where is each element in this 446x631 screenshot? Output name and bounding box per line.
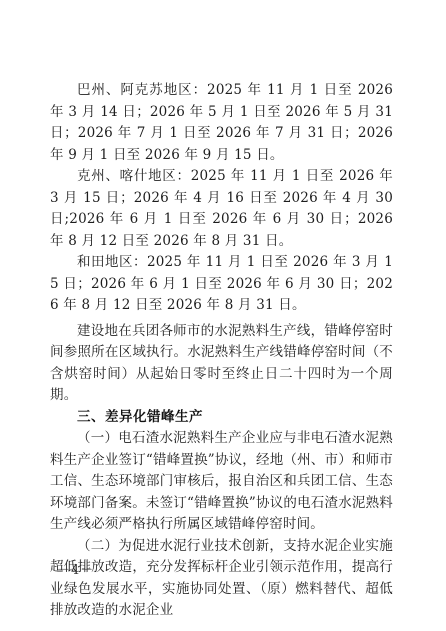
paragraph-bingtuan-note: 建设地在兵团各师市的水泥熟料生产线，错峰停窑时间参照所在区域执行。水泥熟料生产线…: [50, 321, 393, 407]
paragraph-schedule-kezhou-kashi: 克州、喀什地区：2025 年 11 月 1 日至 2026 年 3 月 15 日…: [50, 166, 393, 252]
section-heading-differentiated-peak-production: 三、差异化错峰生产: [50, 407, 393, 429]
paragraph-schedule-hetian: 和田地区：2025 年 11 月 1 日至 2026 年 3 月 15 日；20…: [50, 252, 393, 317]
document-body: 巴州、阿克苏地区：2025 年 11 月 1 日至 2026 年 3 月 14 …: [50, 80, 393, 622]
paragraph-item-two-innovation: （二）为促进水泥行业技术创新，支持水泥企业实施超低排放改造，充分发挥标杆企业引领…: [50, 536, 393, 622]
document-page: 巴州、阿克苏地区：2025 年 11 月 1 日至 2026 年 3 月 14 …: [0, 0, 446, 631]
paragraph-item-one-dianshizha: （一）电石渣水泥熟料生产企业应与非电石渣水泥熟料生产企业签订“错峰置换”协议，经…: [50, 428, 393, 536]
page-number: －4－: [57, 559, 94, 578]
paragraph-schedule-bazhou-akesu: 巴州、阿克苏地区：2025 年 11 月 1 日至 2026 年 3 月 14 …: [50, 80, 393, 166]
